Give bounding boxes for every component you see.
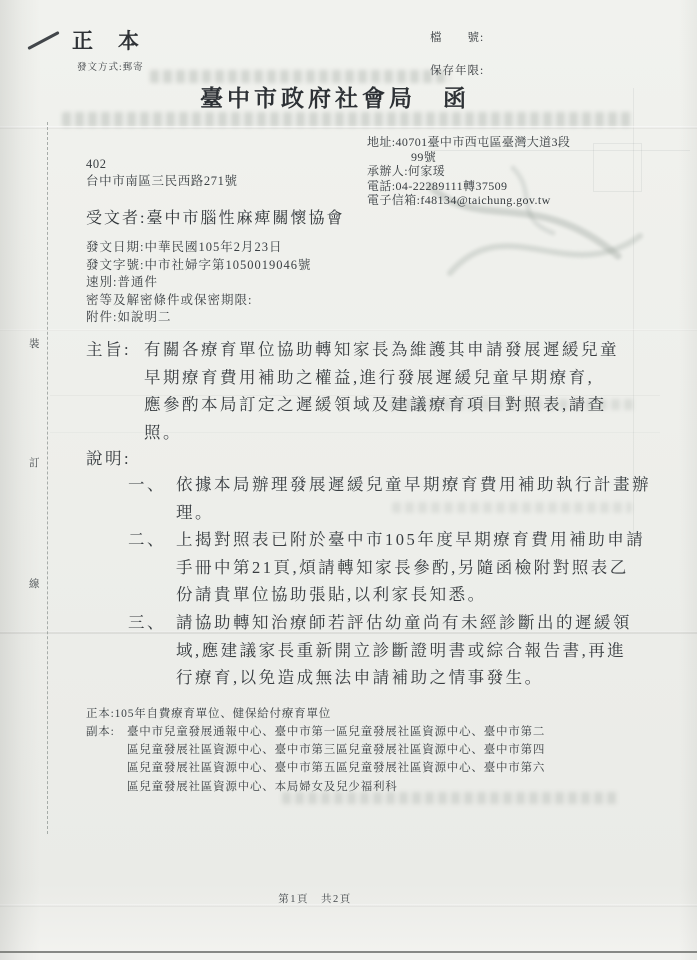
explanation-item-3: 三、 請協助轉知治療師若評估幼童尚有未經診斷出的遲緩領 域,應建議家長重新開立診… xyxy=(128,609,651,692)
subject-line: 應參酌本局訂定之遲緩領域及建議療育項目對照表,請查 xyxy=(144,391,619,419)
copy-recipients-line: 區兒童發展社區資源中心、臺中市第三區兒童發展社區資源中心、臺中市第四 xyxy=(127,741,545,759)
subject-text: 有關各療育單位協助轉知家長為維護其申請發展遲緩兒童 早期療育費用補助之權益,進行… xyxy=(144,336,619,446)
binding-char-xian: 線 xyxy=(29,576,40,591)
original-recipients: 正本:105年自費療育單位、健保給付療育單位 xyxy=(86,705,331,721)
recipient-zip: 402 xyxy=(86,156,238,173)
item-text: 請協助轉知治療師若評估幼童尚有未經診斷出的遲緩領 域,應建議家長重新開立診斷證明… xyxy=(176,609,632,692)
copy-type-label: 正 本 xyxy=(72,25,141,55)
item-line: 上揭對照表已附於臺中市105年度早期療育費用補助申請 xyxy=(176,526,645,554)
item-line: 行療育,以免造成無法申請補助之情事發生。 xyxy=(176,664,632,692)
agency-email: 電子信箱:f48134@taichung.gov.tw xyxy=(367,193,570,208)
item-number: 一、 xyxy=(128,471,176,499)
subject-line: 照。 xyxy=(144,419,619,447)
copy-recipients-line: 區兒童發展社區資源中心、本局婦女及兒少福利科 xyxy=(127,778,545,796)
retention-period-label: 保存年限: xyxy=(430,62,484,78)
recipient-street: 台中市南區三民西路271號 xyxy=(86,173,238,190)
item-line: 手冊中第21頁,煩請轉知家長參酌,另隨函檢附對照表乙 xyxy=(176,554,645,582)
item-number: 三、 xyxy=(128,609,176,637)
subject-line: 有關各療育單位協助轉知家長為維護其申請發展遲緩兒童 xyxy=(144,336,619,364)
copy-recipients-line: 臺中市兒童發展通報中心、臺中市第一區兒童發展社區資源中心、臺中市第二 xyxy=(127,723,545,741)
handwritten-check-mark xyxy=(27,31,59,50)
item-line: 域,應建議家長重新開立診斷證明書或綜合報告書,再進 xyxy=(176,637,632,665)
explanation-items: 一、 依據本局辦理發展遲緩兒童早期療育費用補助執行計畫辦 理。 二、 上揭對照表… xyxy=(128,471,651,692)
agency-contact-person: 承辦人:何家瑗 xyxy=(367,164,570,179)
item-line: 依據本局辦理發展遲緩兒童早期療育費用補助執行計畫辦 xyxy=(176,471,651,499)
document-title: 臺中市政府社會局 函 xyxy=(160,80,510,113)
explanation-item-1: 一、 依據本局辦理發展遲緩兒童早期療育費用補助執行計畫辦 理。 xyxy=(128,471,651,526)
page-number-footer: 第1頁 共2頁 xyxy=(230,891,400,906)
item-line: 請協助轉知治療師若評估幼童尚有未經診斷出的遲緩領 xyxy=(176,609,632,637)
scan-background xyxy=(0,953,697,960)
file-number-label: 檔 號: xyxy=(430,29,484,45)
item-text: 依據本局辦理發展遲緩兒童早期療育費用補助執行計畫辦 理。 xyxy=(176,471,651,526)
item-text: 上揭對照表已附於臺中市105年度早期療育費用補助申請 手冊中第21頁,煩請轉知家… xyxy=(176,526,645,609)
issue-date: 發文日期:中華民國105年2月23日 xyxy=(86,239,311,257)
issue-number: 發文字號:中市社婦字第1050019046號 xyxy=(86,257,311,275)
paper-crease xyxy=(0,329,697,331)
agency-contact-block: 地址:40701臺中市西屯區臺灣大道3段 99號 承辦人:何家瑗 電話:04-2… xyxy=(367,135,570,208)
agency-address-line2: 99號 xyxy=(367,150,570,165)
item-line: 理。 xyxy=(176,499,651,527)
paper-crease xyxy=(0,126,697,129)
bleedthrough-text xyxy=(62,112,632,127)
binding-char-ding: 訂 xyxy=(29,455,40,470)
recipient-line: 受文者:臺中市腦性麻痺關懷協會 xyxy=(86,205,344,228)
ghost-table-cell xyxy=(593,143,642,192)
attachment-note: 附件:如說明二 xyxy=(86,309,311,327)
binding-dotted-line xyxy=(47,122,48,834)
delivery-method: 發文方式:郵寄 xyxy=(77,59,144,73)
explanation-item-2: 二、 上揭對照表已附於臺中市105年度早期療育費用補助申請 手冊中第21頁,煩請… xyxy=(128,526,651,609)
binding-char-zhuang: 裝 xyxy=(29,336,40,351)
agency-phone: 電話:04-22289111轉37509 xyxy=(367,179,570,194)
copy-recipients-text: 臺中市兒童發展通報中心、臺中市第一區兒童發展社區資源中心、臺中市第二 區兒童發展… xyxy=(127,723,545,796)
scanned-official-letter: { "doc": { "copy_type": "正 本", "delivery… xyxy=(0,0,697,960)
copy-recipients-label: 副本: xyxy=(86,723,127,741)
item-line: 份請貴單位協助張貼,以利家長知悉。 xyxy=(176,581,645,609)
agency-address-line1: 地址:40701臺中市西屯區臺灣大道3段 xyxy=(367,135,570,150)
document-meta-block: 發文日期:中華民國105年2月23日 發文字號:中市社婦字第1050019046… xyxy=(86,239,311,327)
subject-label: 主旨: xyxy=(86,336,144,364)
security-class: 密等及解密條件或保密期限: xyxy=(86,292,311,310)
recipient-address-block: 402 台中市南區三民西路271號 xyxy=(86,156,238,189)
item-number: 二、 xyxy=(128,526,176,554)
copy-recipients-line: 區兒童發展社區資源中心、臺中市第五區兒童發展社區資源中心、臺中市第六 xyxy=(127,759,545,777)
speed-class: 速別:普通件 xyxy=(86,274,311,292)
subject-block: 主旨: 有關各療育單位協助轉知家長為維護其申請發展遲緩兒童 早期療育費用補助之權… xyxy=(86,336,619,446)
subject-line: 早期療育費用補助之權益,進行發展遲緩兒童早期療育, xyxy=(144,364,619,392)
explanation-label: 說明: xyxy=(86,445,131,469)
copy-recipients-block: 副本: 臺中市兒童發展通報中心、臺中市第一區兒童發展社區資源中心、臺中市第二 區… xyxy=(86,723,545,796)
letter-page: 裝 訂 線 正 本 發文方式:郵寄 檔 號: 保存年限: 臺中市政府社會局 函 … xyxy=(0,0,697,960)
